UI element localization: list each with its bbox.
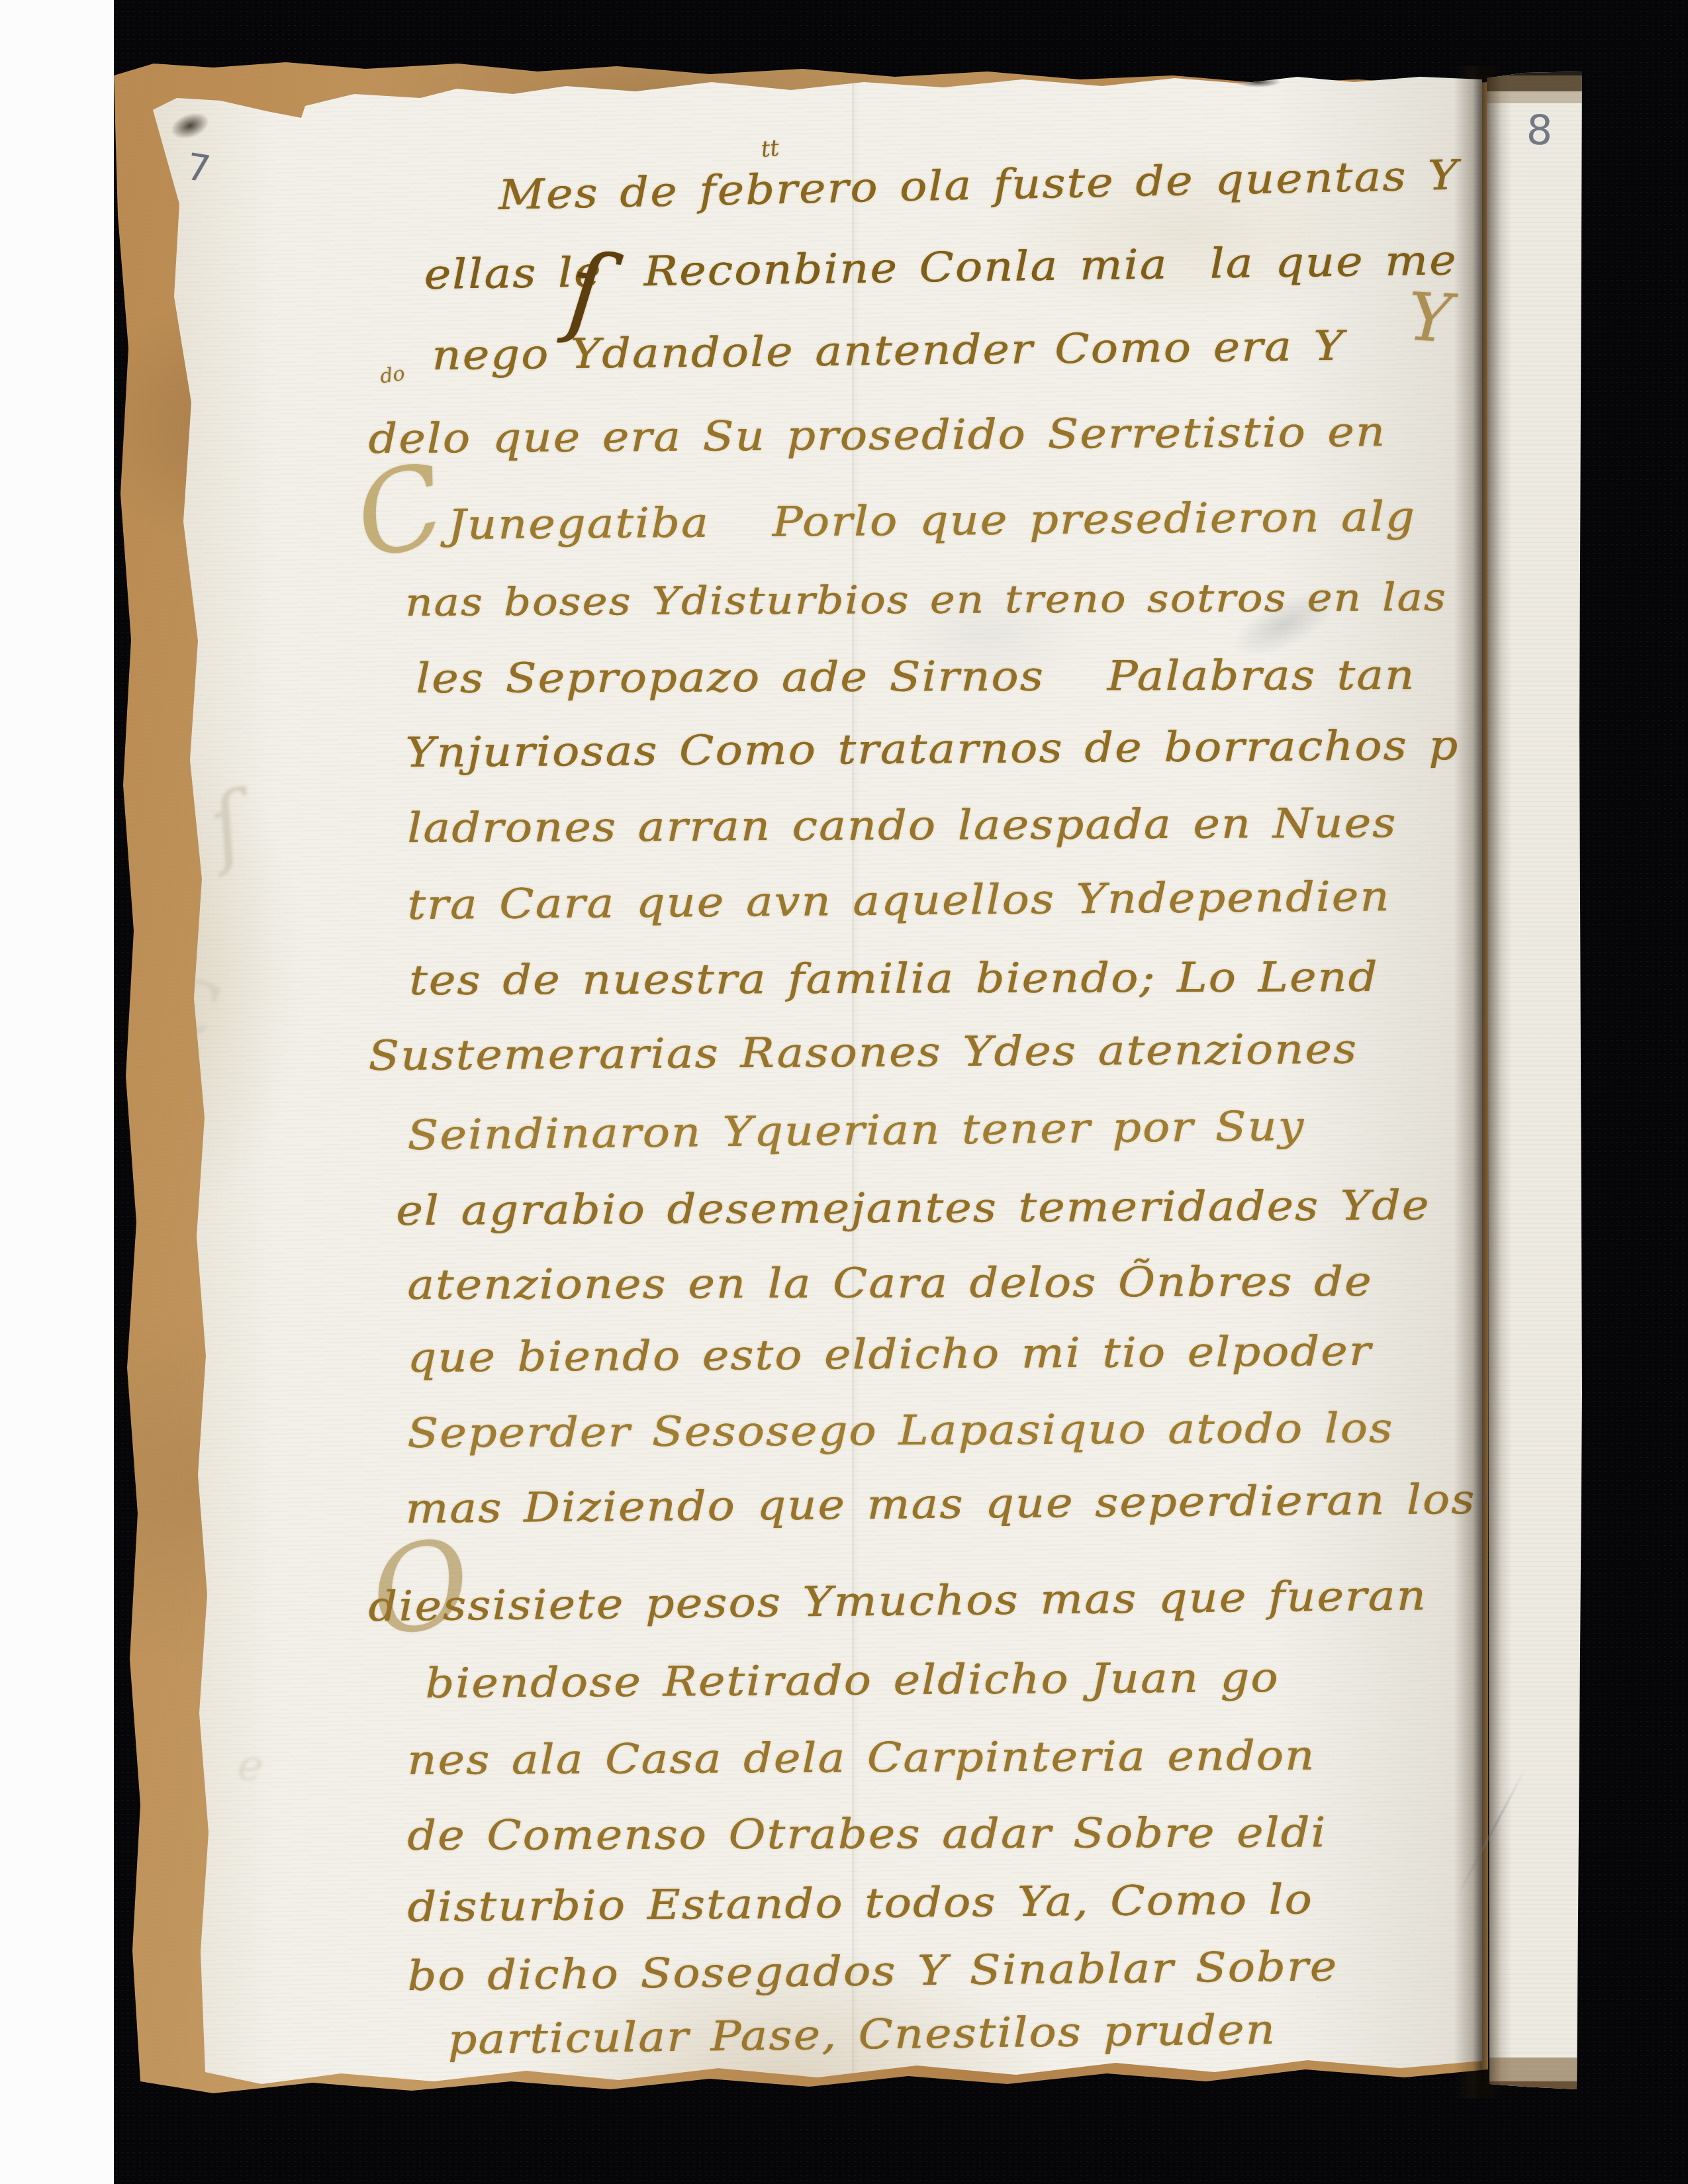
ink-smudge [167,108,213,144]
manuscript-line: que biendo esto eldicho mi tio elpoder [407,1327,1372,1382]
folio-number-8: 8 [1526,105,1554,154]
folio-number-7: 7 [183,146,213,192]
manuscript-line: disturbio Estando todos Ya, Como lo [407,1875,1313,1931]
manuscript-line: particular Pase, Cnestilos pruden [447,2005,1276,2064]
manuscript-line: Seperder Sesosego Lapasiquo atodo los [407,1403,1393,1457]
ink-flourish: do [379,362,406,389]
manuscript-line: Sustemerarias Rasones Ydes atenziones [368,1025,1358,1080]
manuscript-line: el agrabio desemejantes temeridades Yde [396,1181,1430,1235]
scan-margin [0,0,114,2184]
bleed-through-mark: e [235,1740,267,1792]
manuscript-line: delo que era Su prosedido Serretistio en [368,407,1386,463]
manuscript-line: les Sepropazo ade Sirnos Palabras tan [416,651,1415,702]
ink-flourish: Y [1406,278,1454,357]
manuscript-line: tra Cara que avn aquellos Yndependien [407,872,1391,929]
manuscript-line: de Comenso Otrabes adar Sobre eldi [407,1808,1327,1860]
manuscript-page: ſCe Mes de febrero ola fuste de quentas … [142,71,1482,2087]
ink-flourish: O [363,1513,479,1664]
manuscript-line: atenziones en la Cara delos Õnbres de [407,1257,1373,1309]
manuscript-line: Seindinaron Yquerian tener por Suy [407,1102,1305,1159]
manuscript-line: ladrones arran cando laespada en Nues [407,798,1397,852]
manuscript-line: bo dicho Sosegados Y Sinablar Sobre [407,1942,1338,2000]
manuscript-line: mas Diziendo que mas que seperdieran los [405,1475,1476,1533]
manuscript-line: biendose Retirado eldicho Juan go [425,1653,1280,1707]
manuscript-line: Ynjuriosas Como tratarnos de borrachos p [405,721,1459,777]
manuscript-line: nes ala Casa dela Carpinteria endon [407,1731,1315,1784]
ink-flourish: tt [760,135,780,163]
manuscript-line: tes de nuestra familia biendo; Lo Lend [409,953,1378,1004]
manuscript-line: Mes de febrero ola fuste de quentas Y [498,151,1460,219]
gutter-shadow [1454,66,1501,2099]
manuscript-line: Junegatiba Porlo que presedieron alg [447,492,1416,549]
manuscript-line: nas boses Ydisturbios en treno sotros en… [405,575,1447,625]
bleed-through-mark: ſ [199,773,256,878]
manuscript-scan: ſCe Mes de febrero ola fuste de quentas … [0,0,1688,2184]
manuscript-line: diessisiete pesos Ymuchos mas que fueran [368,1571,1427,1631]
